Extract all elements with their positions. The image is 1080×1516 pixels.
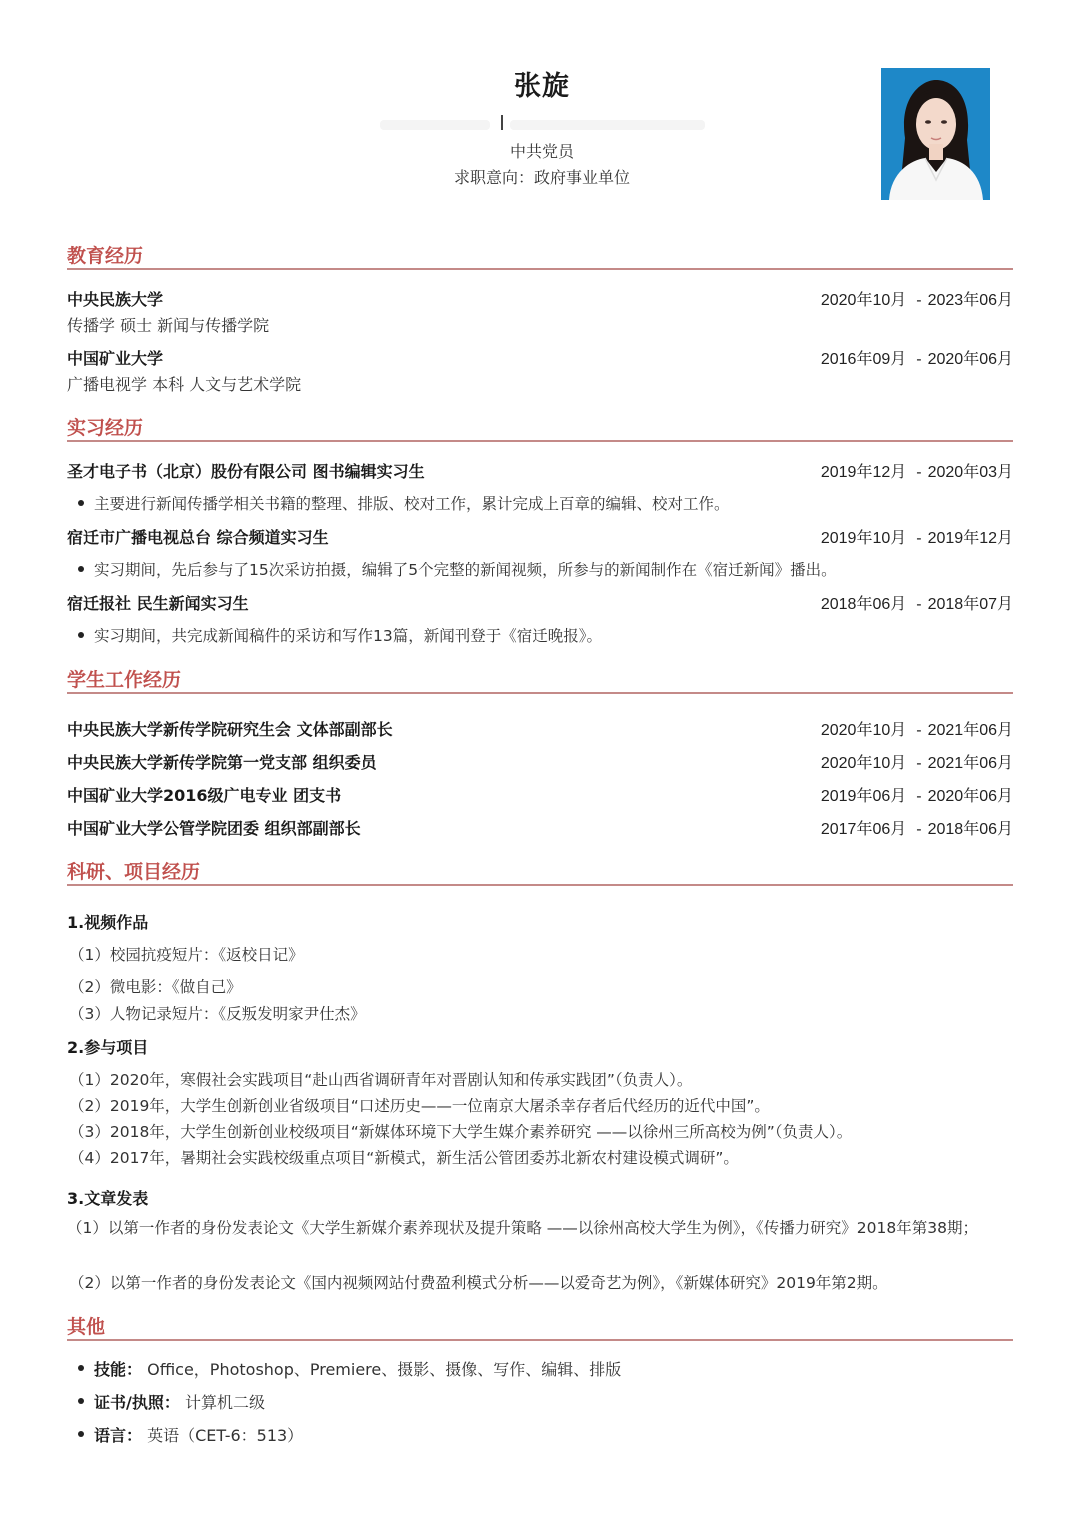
start-date: 2016年09月 [821, 351, 906, 368]
end-date: 2020年06月 [928, 351, 1013, 368]
section-title-other: 其他 [67, 1312, 105, 1339]
date-dash: - [916, 821, 921, 838]
section-divider [67, 692, 1013, 694]
date-dash: - [916, 788, 921, 805]
education-detail: 广播电视学 本科 人文与艺术学院 [67, 372, 301, 395]
end-date: 2023年06月 [928, 292, 1013, 309]
research-item: （2）2019年，大学生创新创业省级项目“口述历史——一位南京大屠杀幸存者后代经… [69, 1094, 770, 1116]
date-dash: - [916, 722, 921, 739]
section-divider [67, 440, 1013, 442]
student-work-entry: 中国矿业大学2016级广电专业 团支书 2019年06月-2020年06月 [67, 783, 1013, 805]
research-item: （2）以第一作者的身份发表论文《国内视频网站付费盈利模式分析——以爱奇艺为例》，… [69, 1271, 888, 1293]
language-value: 英语（CET-6：513） [142, 1426, 303, 1445]
start-date: 2020年10月 [821, 722, 906, 739]
education-entry: 中国矿业大学 2016年09月-2020年06月 [67, 346, 1013, 368]
education-entry: 中央民族大学 2020年10月-2023年06月 [67, 287, 1013, 309]
other-item-language: 语言： 英语（CET-6：513） [78, 1423, 303, 1446]
internship-role: 圣才电子书（北京）股份有限公司 图书编辑实习生 [67, 459, 425, 482]
date-range: 2020年10月-2023年06月 [821, 287, 1013, 310]
other-item-skills: 技能： Office，Photoshop、Premiere、摄影、摄像、写作、编… [78, 1357, 621, 1380]
start-date: 2017年06月 [821, 821, 906, 838]
internship-bullet: 实习期间，共完成新闻稿件的采访和写作13篇，新闻刊登于《宿迁晚报》。 [78, 624, 602, 646]
start-date: 2019年12月 [821, 464, 906, 481]
education-detail: 传播学 硕士 新闻与传播学院 [67, 313, 269, 336]
internship-bullet: 实习期间，先后参与了15次采访拍摄，编辑了5个完整的新闻视频，所参与的新闻制作在… [78, 558, 837, 580]
student-work-entry: 中央民族大学新传学院研究生会 文体部副部长 2020年10月-2021年06月 [67, 717, 1013, 739]
certificates-label: 证书/执照： [94, 1393, 180, 1412]
date-range: 2016年09月-2020年06月 [821, 346, 1013, 369]
date-range: 2018年06月-2018年07月 [821, 591, 1013, 614]
redacted-email [510, 120, 705, 130]
date-range: 2017年06月-2018年06月 [821, 816, 1013, 839]
research-item: （2）微电影：《做自己》 [69, 975, 242, 997]
skills-label: 技能： [94, 1360, 142, 1379]
student-work-role: 中央民族大学新传学院研究生会 文体部副部长 [67, 717, 393, 740]
research-item: （1）以第一作者的身份发表论文《大学生新媒介素养现状及提升策略 ——以徐州高校大… [67, 1215, 1013, 1241]
portrait-icon [881, 68, 990, 200]
start-date: 2020年10月 [821, 292, 906, 309]
certificates-value: 计算机二级 [180, 1393, 265, 1412]
section-title-internship: 实习经历 [67, 413, 143, 440]
student-work-role: 中国矿业大学2016级广电专业 团支书 [67, 783, 341, 806]
bullet-text: 实习期间，共完成新闻稿件的采访和写作13篇，新闻刊登于《宿迁晚报》。 [94, 627, 602, 645]
bullet-text: 主要进行新闻传播学相关书籍的整理、排版、校对工作，累计完成上百章的编辑、校对工作… [94, 495, 730, 513]
date-dash: - [916, 292, 921, 309]
date-dash: - [916, 530, 921, 547]
student-work-entry: 中央民族大学新传学院第一党支部 组织委员 2020年10月-2021年06月 [67, 750, 1013, 772]
section-title-education: 教育经历 [67, 241, 143, 268]
section-divider [67, 268, 1013, 270]
research-item: （1）校园抗疫短片：《返校日记》 [69, 943, 304, 965]
end-date: 2020年03月 [928, 464, 1013, 481]
end-date: 2021年06月 [928, 755, 1013, 772]
research-group-heading: 1.视频作品 [67, 910, 148, 933]
language-label: 语言： [94, 1426, 142, 1445]
research-group-heading: 3.文章发表 [67, 1186, 148, 1209]
other-item-certificates: 证书/执照： 计算机二级 [78, 1390, 265, 1413]
date-range: 2020年10月-2021年06月 [821, 750, 1013, 773]
internship-role: 宿迁报社 民生新闻实习生 [67, 591, 249, 614]
date-range: 2019年06月-2020年06月 [821, 783, 1013, 806]
research-group-heading: 2.参与项目 [67, 1035, 148, 1058]
profile-photo [881, 68, 990, 200]
date-dash: - [916, 351, 921, 368]
start-date: 2019年06月 [821, 788, 906, 805]
student-work-role: 中央民族大学新传学院第一党支部 组织委员 [67, 750, 377, 773]
research-item: （3）2018年，大学生创新创业校级项目“新媒体环境下大学生媒介素养研究 ——以… [69, 1120, 852, 1142]
resume-page: 张旋 中共党员 求职意向：政府事业单位 教育经历 中央民族大学 2020年10月… [0, 0, 1080, 1516]
date-dash: - [916, 464, 921, 481]
internship-entry: 圣才电子书（北京）股份有限公司 图书编辑实习生 2019年12月-2020年03… [67, 459, 1013, 481]
date-range: 2020年10月-2021年06月 [821, 717, 1013, 740]
contact-separator [501, 115, 503, 130]
section-title-research: 科研、项目经历 [67, 857, 200, 884]
end-date: 2021年06月 [928, 722, 1013, 739]
start-date: 2018年06月 [821, 596, 906, 613]
student-work-entry: 中国矿业大学公管学院团委 组织部副部长 2017年06月-2018年06月 [67, 816, 1013, 838]
section-divider [67, 1339, 1013, 1341]
end-date: 2020年06月 [928, 788, 1013, 805]
redacted-phone [380, 120, 490, 130]
school-name: 中国矿业大学 [67, 346, 163, 369]
end-date: 2018年07月 [928, 596, 1013, 613]
end-date: 2019年12月 [928, 530, 1013, 547]
research-item: （3）人物记录短片：《反叛发明家尹仕杰》 [69, 1002, 366, 1024]
school-name: 中央民族大学 [67, 287, 163, 310]
research-item: （1）2020年，寒假社会实践项目“赴山西省调研青年对晋剧认知和传承实践团”（负… [69, 1068, 692, 1090]
internship-role: 宿迁市广播电视总台 综合频道实习生 [67, 525, 329, 548]
date-dash: - [916, 596, 921, 613]
section-title-student-work: 学生工作经历 [67, 665, 181, 692]
bullet-text: 实习期间，先后参与了15次采访拍摄，编辑了5个完整的新闻视频，所参与的新闻制作在… [94, 561, 837, 579]
end-date: 2018年06月 [928, 821, 1013, 838]
section-divider [67, 884, 1013, 886]
internship-entry: 宿迁报社 民生新闻实习生 2018年06月-2018年07月 [67, 591, 1013, 613]
internship-entry: 宿迁市广播电视总台 综合频道实习生 2019年10月-2019年12月 [67, 525, 1013, 547]
date-dash: - [916, 755, 921, 772]
research-item: （4）2017年，暑期社会实践校级重点项目“新模式，新生活公管团委苏北新农村建设… [69, 1146, 739, 1168]
skills-value: Office，Photoshop、Premiere、摄影、摄像、写作、编辑、排版 [142, 1360, 621, 1379]
internship-bullet: 主要进行新闻传播学相关书籍的整理、排版、校对工作，累计完成上百章的编辑、校对工作… [78, 492, 730, 514]
contact-info-redacted [380, 114, 710, 134]
student-work-role: 中国矿业大学公管学院团委 组织部副部长 [67, 816, 361, 839]
start-date: 2019年10月 [821, 530, 906, 547]
start-date: 2020年10月 [821, 755, 906, 772]
date-range: 2019年10月-2019年12月 [821, 525, 1013, 548]
date-range: 2019年12月-2020年03月 [821, 459, 1013, 482]
